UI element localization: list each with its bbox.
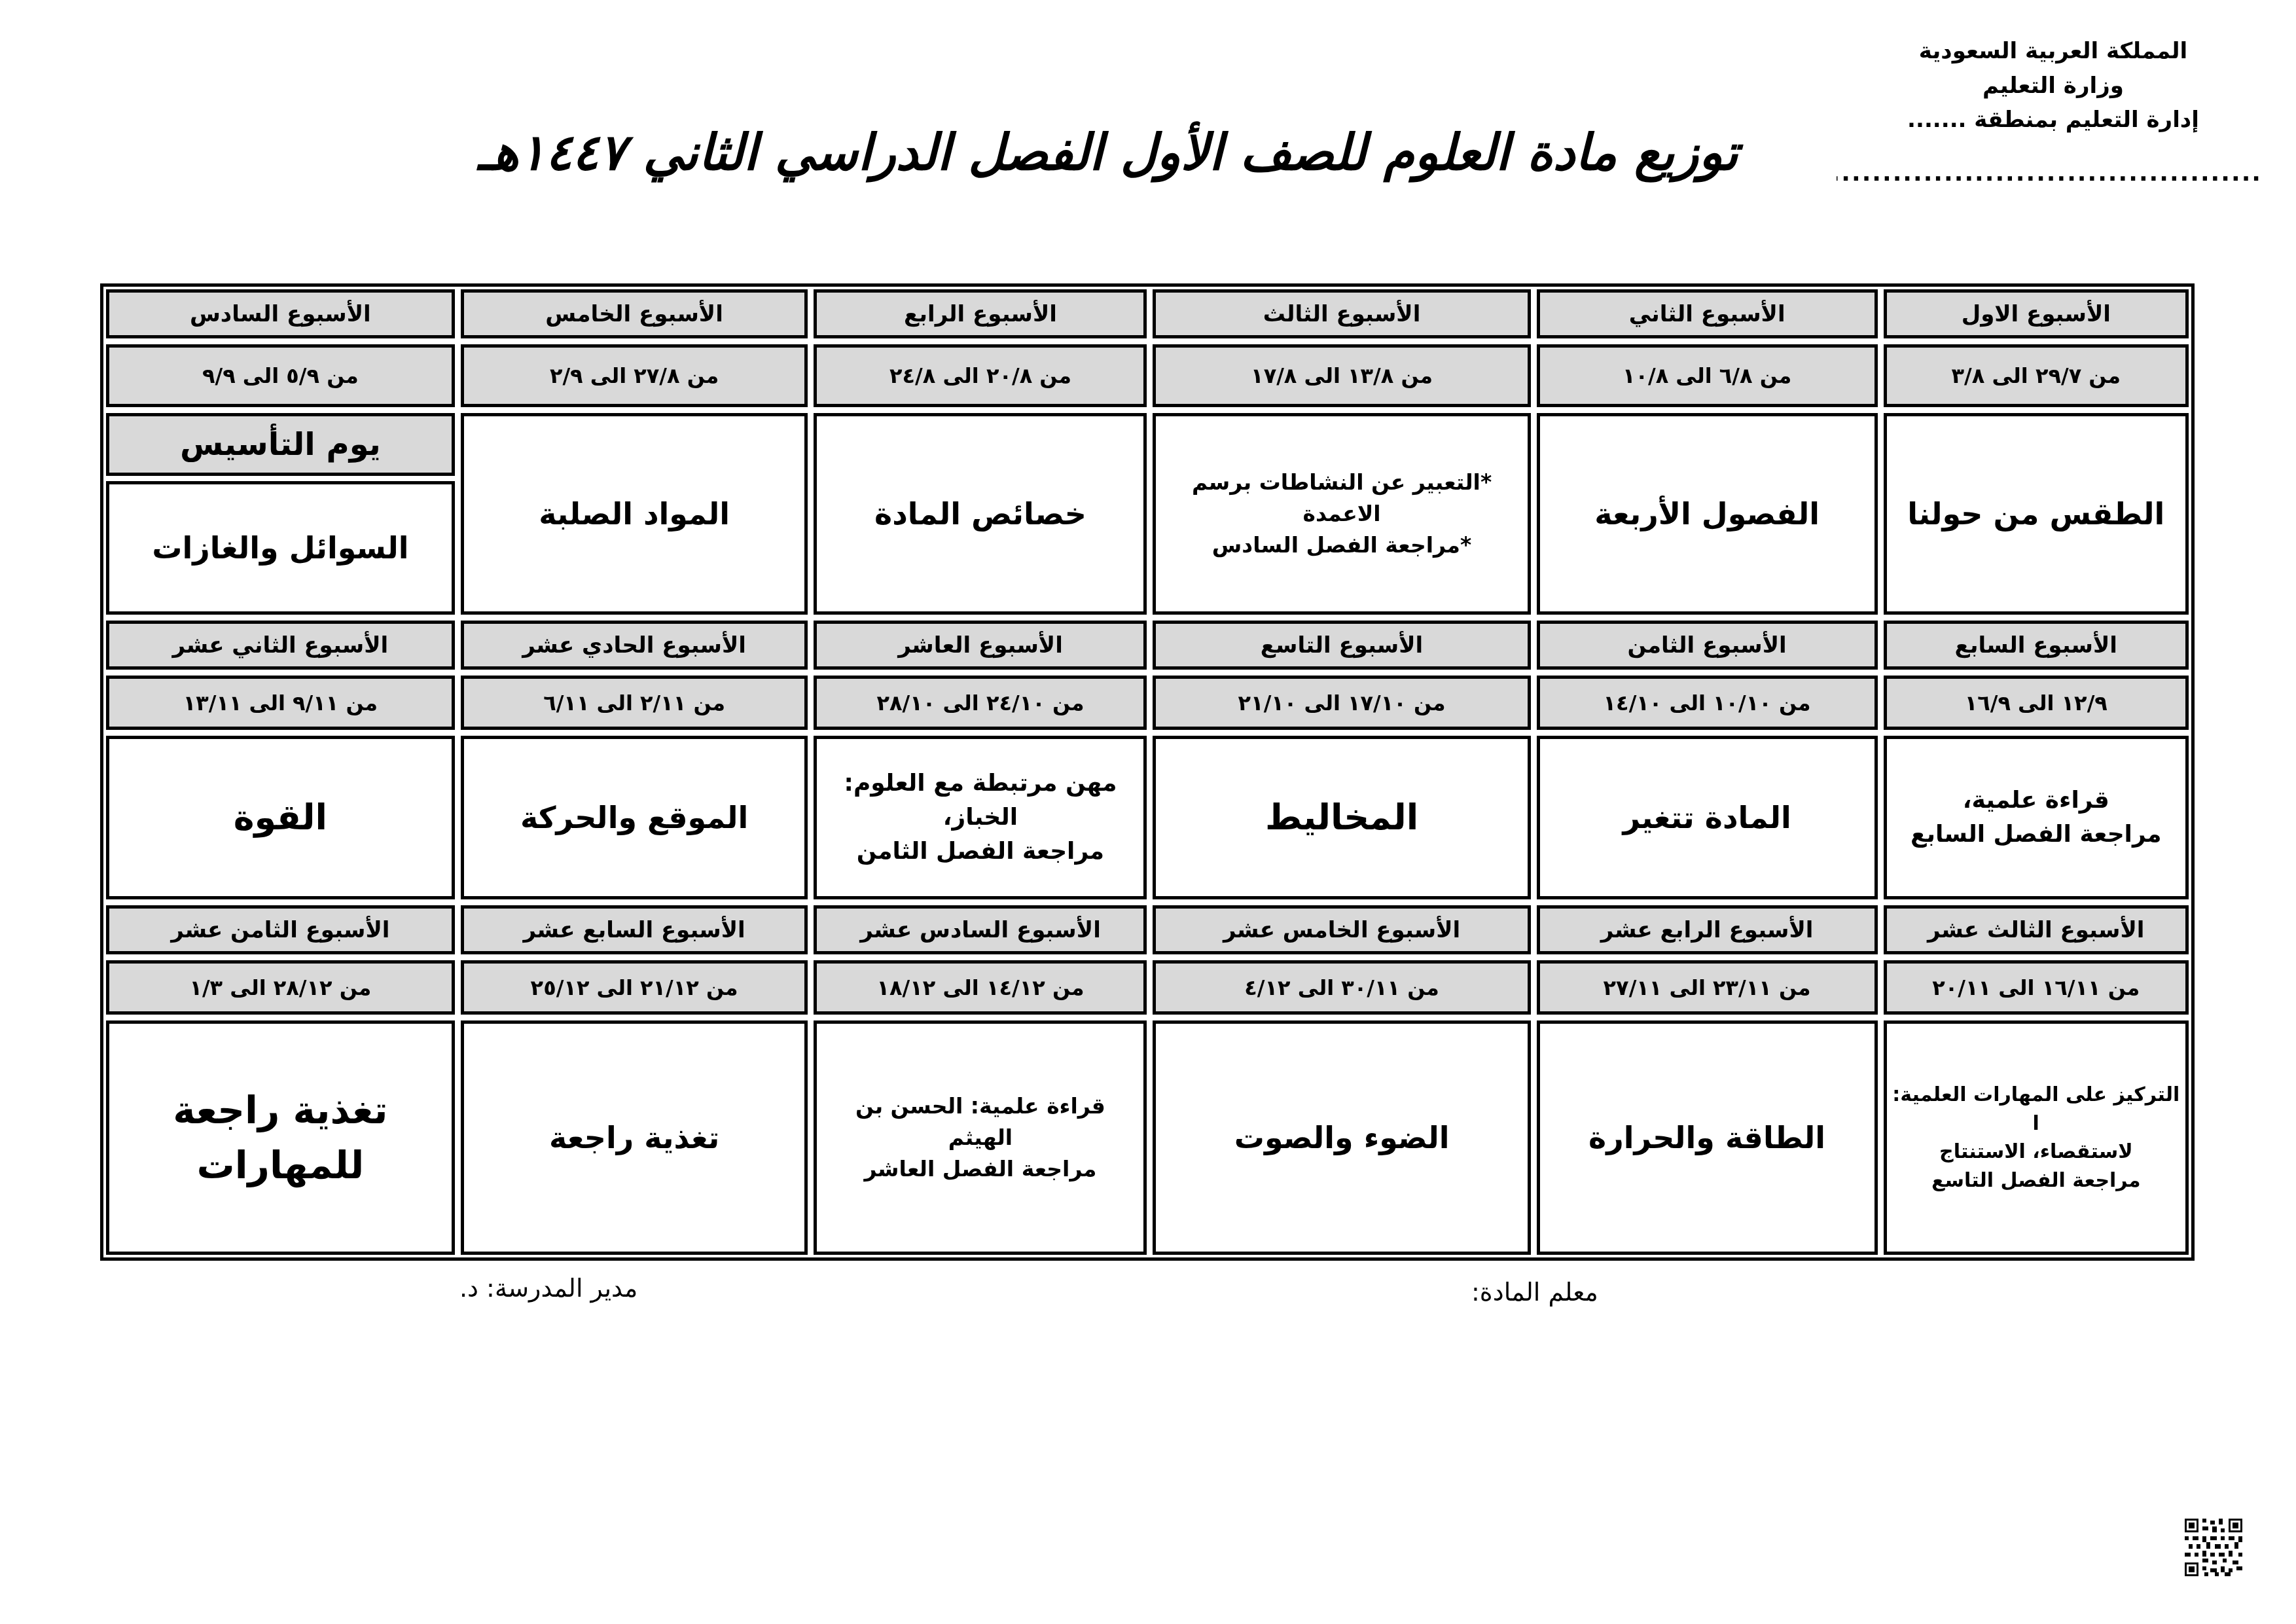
week-6-topic-text: السوائل والغازات xyxy=(106,481,455,615)
week-12-name: الأسبوع الثاني عشر xyxy=(106,621,455,670)
week-10-name: الأسبوع العاشر xyxy=(814,621,1147,670)
week-18-topic: تغذية راجعة للمهارات xyxy=(106,1020,455,1255)
week-9-name: الأسبوع التاسع xyxy=(1153,621,1530,670)
week-1-dates: من ٢٩/٧ الى ٣/٨ xyxy=(1884,344,2189,407)
week-2-dates: من ٦/٨ الى ١٠/٨ xyxy=(1537,344,1878,407)
week-17-dates: من ٢١/١٢ الى ٢٥/١٢ xyxy=(461,960,808,1015)
week-6-dates: من ٥/٩ الى ٩/٩ xyxy=(106,344,455,407)
week-3-dates: من ١٣/٨ الى ١٧/٨ xyxy=(1153,344,1530,407)
week-13-dates: من ١٦/١١ الى ٢٠/١١ xyxy=(1884,960,2189,1015)
week-4-name: الأسبوع الرابع xyxy=(814,289,1147,338)
week-8-topic: المادة تتغير xyxy=(1537,736,1878,899)
department-line: إدارة التعليم بمنطقة ....... xyxy=(1854,103,2253,137)
week-7-dates: ١٢/٩ الى ١٦/٩ xyxy=(1884,676,2189,730)
week-7-topic: قراءة علمية، مراجعة الفصل السابع xyxy=(1884,736,2189,899)
week-2-name: الأسبوع الثاني xyxy=(1537,289,1878,338)
qr-code xyxy=(2185,1519,2242,1576)
ministry-header: المملكة العربية السعودية وزارة التعليم إ… xyxy=(1854,34,2253,137)
week-18-name: الأسبوع الثامن عشر xyxy=(106,905,455,954)
week-17-topic: تغذية راجعة xyxy=(461,1020,808,1255)
foundation-day-cell: يوم التأسيس xyxy=(106,413,455,476)
page-title: توزيع مادة العلوم للصف الأول الفصل الدرا… xyxy=(424,123,1792,181)
week-12-topic: القوة xyxy=(106,736,455,899)
week-15-name: الأسبوع الخامس عشر xyxy=(1153,905,1530,954)
week-11-dates: من ٢/١١ الى ٦/١١ xyxy=(461,676,808,730)
subject-teacher-label: معلم المادة: xyxy=(1471,1278,1598,1307)
document-page: المملكة العربية السعودية وزارة التعليم إ… xyxy=(0,0,2296,1624)
week-10-topic: مهن مرتبطة مع العلوم: الخباز، مراجعة الف… xyxy=(814,736,1147,899)
week-8-dates: من ١٠/١٠ الى ١٤/١٠ xyxy=(1537,676,1878,730)
week-6-topic: يوم التأسيس السوائل والغازات xyxy=(106,413,455,615)
week-2-topic: الفصول الأربعة xyxy=(1537,413,1878,615)
week-4-dates: من ٢٠/٨ الى ٢٤/٨ xyxy=(814,344,1147,407)
week-7-name: الأسبوع السابع xyxy=(1884,621,2189,670)
ministry-line: وزارة التعليم xyxy=(1854,69,2253,103)
week-8-name: الأسبوع الثامن xyxy=(1537,621,1878,670)
week-17-name: الأسبوع السابع عشر xyxy=(461,905,808,954)
week-14-name: الأسبوع الرابع عشر xyxy=(1537,905,1878,954)
week-14-dates: من ٢٣/١١ الى ٢٧/١١ xyxy=(1537,960,1878,1015)
week-10-dates: من ٢٤/١٠ الى ٢٨/١٠ xyxy=(814,676,1147,730)
week-9-dates: من ١٧/١٠ الى ٢١/١٠ xyxy=(1153,676,1530,730)
week-16-dates: من ١٤/١٢ الى ١٨/١٢ xyxy=(814,960,1147,1015)
dotted-fill-line: ........................................… xyxy=(1837,160,2262,194)
week-5-topic: المواد الصلبة xyxy=(461,413,808,615)
week-12-dates: من ٩/١١ الى ١٣/١١ xyxy=(106,676,455,730)
country-line: المملكة العربية السعودية xyxy=(1854,34,2253,69)
week-11-name: الأسبوع الحادي عشر xyxy=(461,621,808,670)
week-5-dates: من ٢٧/٨ الى ٢/٩ xyxy=(461,344,808,407)
week-9-topic: المخاليط xyxy=(1153,736,1530,899)
week-3-topic: *التعبير عن النشاطات برسم الاعمدة *مراجع… xyxy=(1153,413,1530,615)
week-5-name: الأسبوع الخامس xyxy=(461,289,808,338)
week-13-name: الأسبوع الثالث عشر xyxy=(1884,905,2189,954)
week-14-topic: الطاقة والحرارة xyxy=(1537,1020,1878,1255)
week-16-name: الأسبوع السادس عشر xyxy=(814,905,1147,954)
week-6-name: الأسبوع السادس xyxy=(106,289,455,338)
schedule-table: الأسبوع الاول الأسبوع الثاني الأسبوع الث… xyxy=(100,283,2195,1261)
week-1-name: الأسبوع الاول xyxy=(1884,289,2189,338)
week-15-dates: من ٣٠/١١ الى ٤/١٢ xyxy=(1153,960,1530,1015)
week-16-topic: قراءة علمية: الحسن بن الهيثم مراجعة الفص… xyxy=(814,1020,1147,1255)
week-11-topic: الموقع والحركة xyxy=(461,736,808,899)
week-18-dates: من ٢٨/١٢ الى ١/٣ xyxy=(106,960,455,1015)
week-13-topic: التركيز على المهارات العلمية: ا لاستقصاء… xyxy=(1884,1020,2189,1255)
school-principal-label: مدير المدرسة: د. xyxy=(459,1274,637,1303)
week-3-name: الأسبوع الثالث xyxy=(1153,289,1530,338)
week-4-topic: خصائص المادة xyxy=(814,413,1147,615)
week-15-topic: الضوء والصوت xyxy=(1153,1020,1530,1255)
week-1-topic: الطقس من حولنا xyxy=(1884,413,2189,615)
